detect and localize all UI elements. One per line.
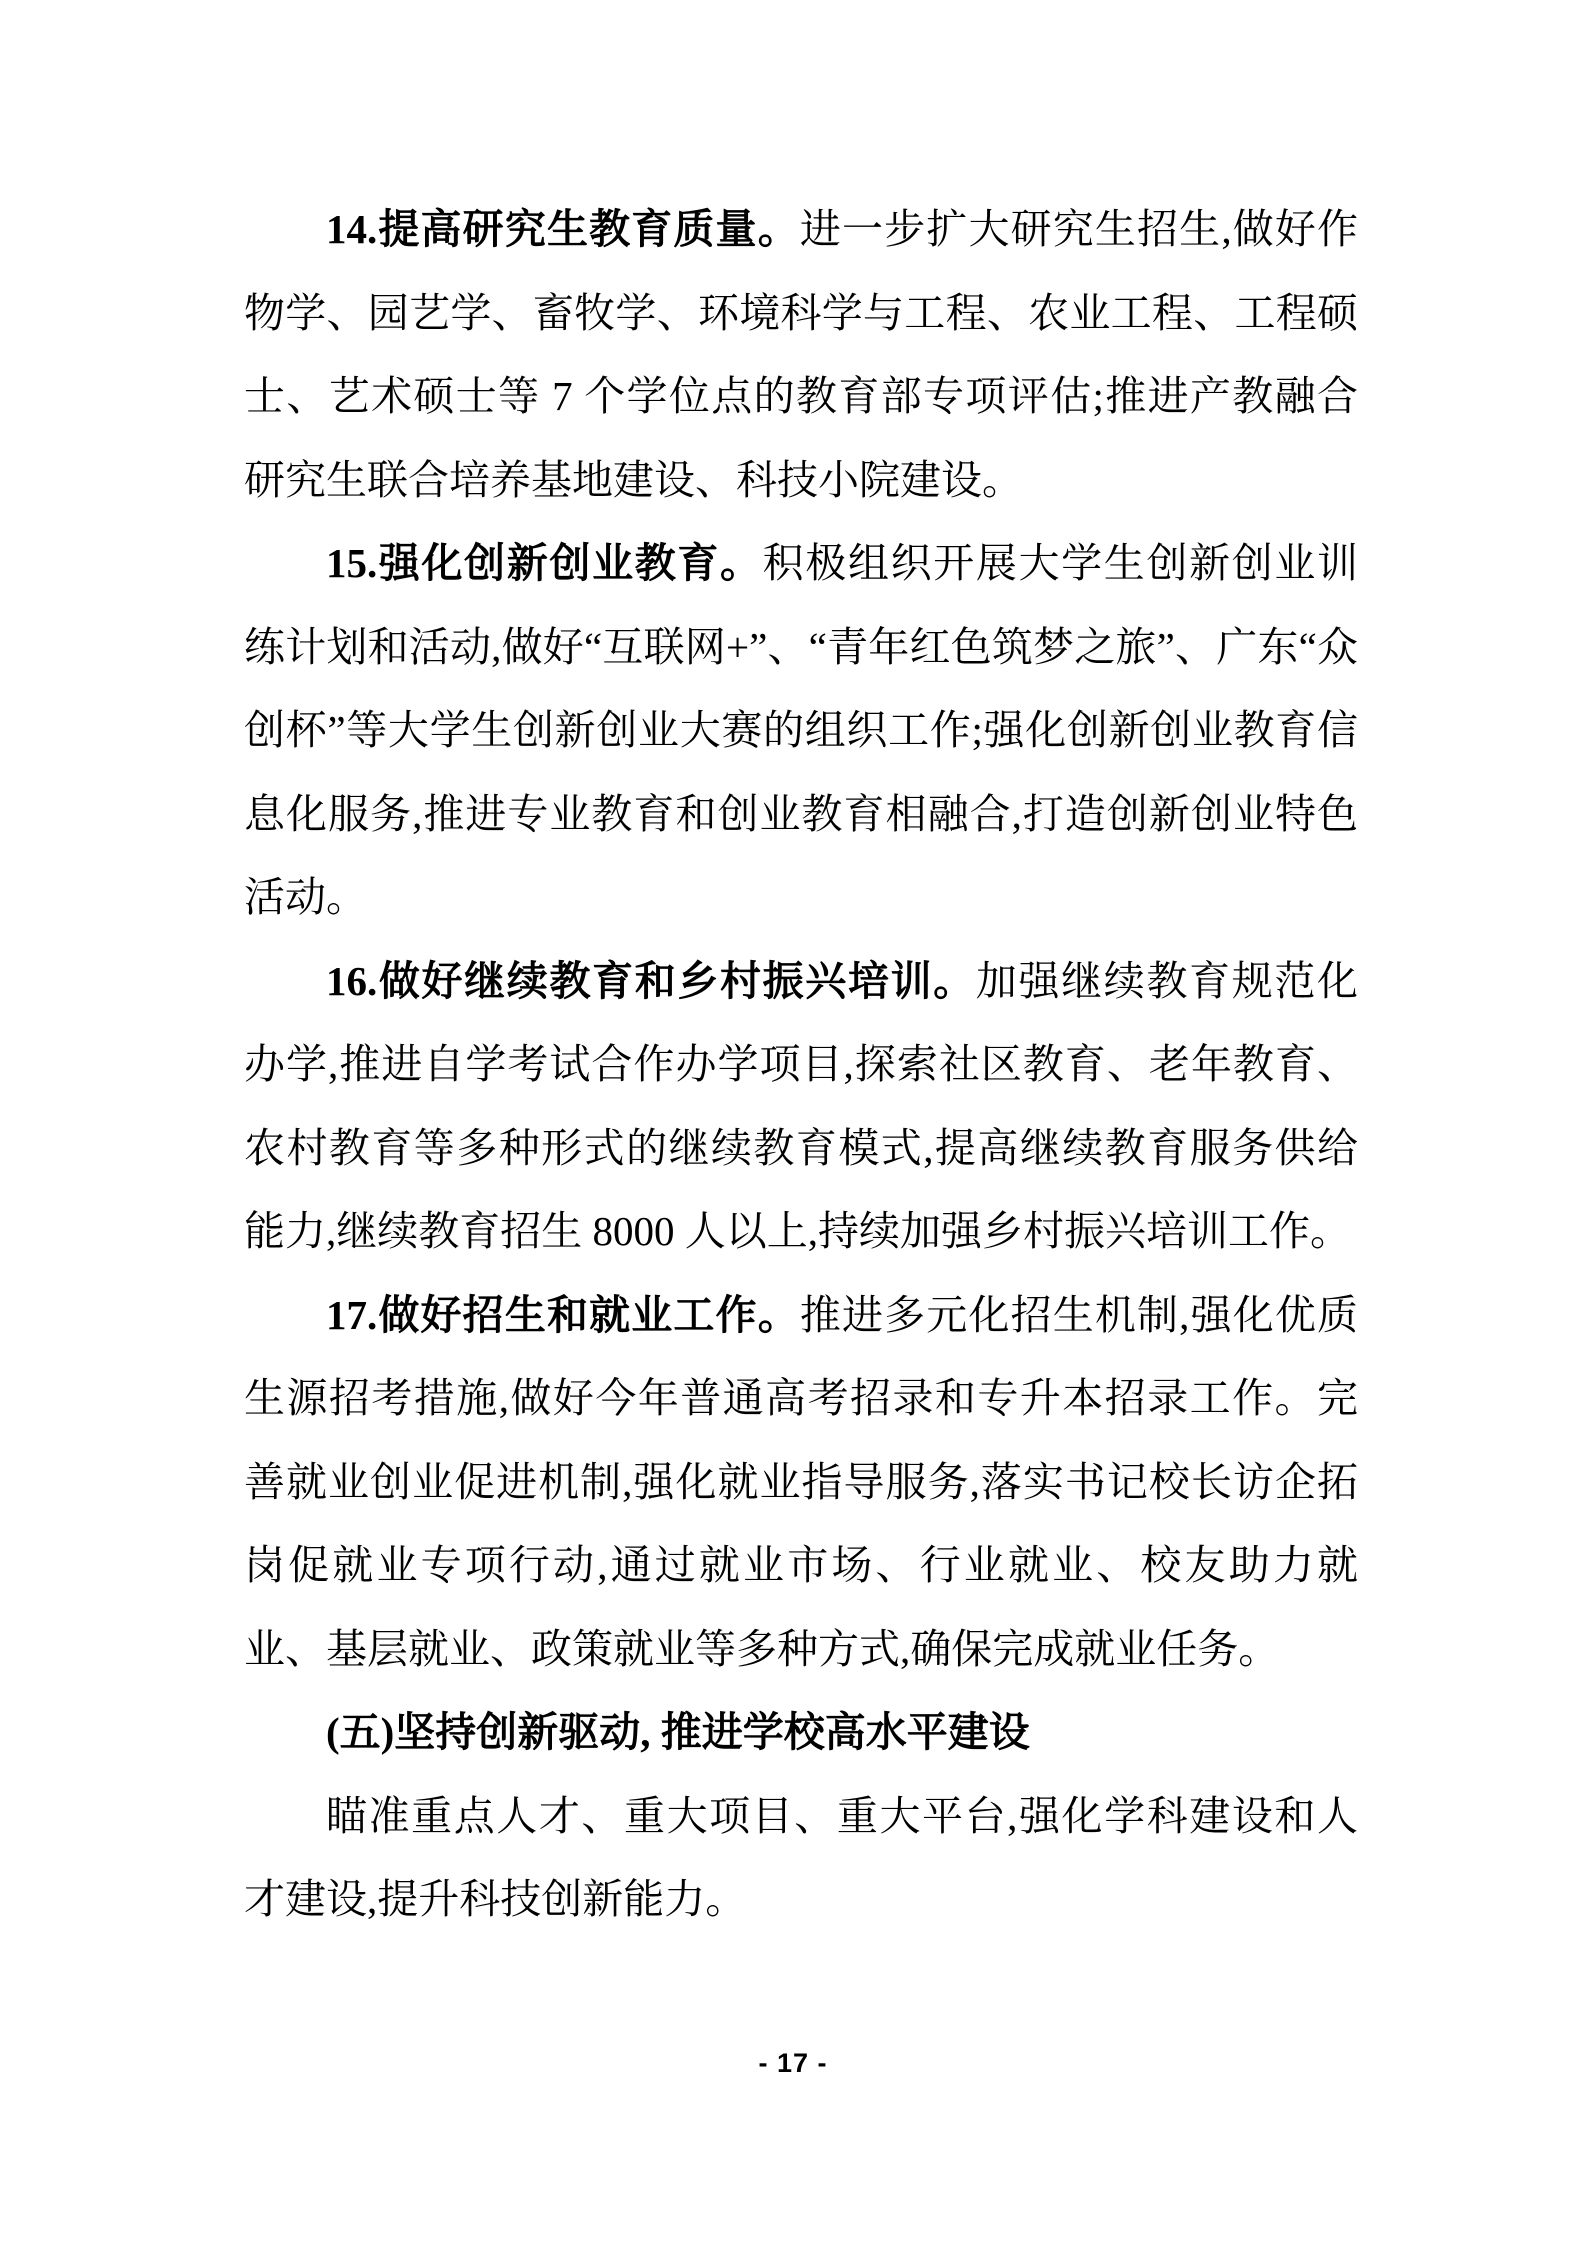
page-number: - 17 - [0,2048,1586,2079]
section-heading: (五)坚持创新驱动, 推进学校高水平建设 [244,1691,1358,1775]
document-page: { "document": { "blocks": [ { "type": "p… [0,0,1586,2245]
paragraph-lead: 17.做好招生和就业工作。 [326,1292,800,1338]
paragraph: 15.强化创新创业教育。积极组织开展大学生创新创业训练计划和活动,做好“互联网+… [244,522,1358,940]
document-body: 14.提高研究生教育质量。进一步扩大研究生招生,做好作物学、园艺学、畜牧学、环境… [244,188,1358,1942]
paragraph-lead: 14.提高研究生教育质量。 [326,206,800,252]
paragraph-lead: 15.强化创新创业教育。 [326,540,763,586]
paragraph: 瞄准重点人才、重大项目、重大平台,强化学科建设和人才建设,提升科技创新能力。 [244,1775,1358,1942]
paragraph: 14.提高研究生教育质量。进一步扩大研究生招生,做好作物学、园艺学、畜牧学、环境… [244,188,1358,522]
paragraph: 16.做好继续教育和乡村振兴培训。加强继续教育规范化办学,推进自学考试合作办学项… [244,940,1358,1274]
paragraph-lead: 16.做好继续教育和乡村振兴培训。 [326,958,976,1004]
paragraph: 17.做好招生和就业工作。推进多元化招生机制,强化优质生源招考措施,做好今年普通… [244,1274,1358,1692]
